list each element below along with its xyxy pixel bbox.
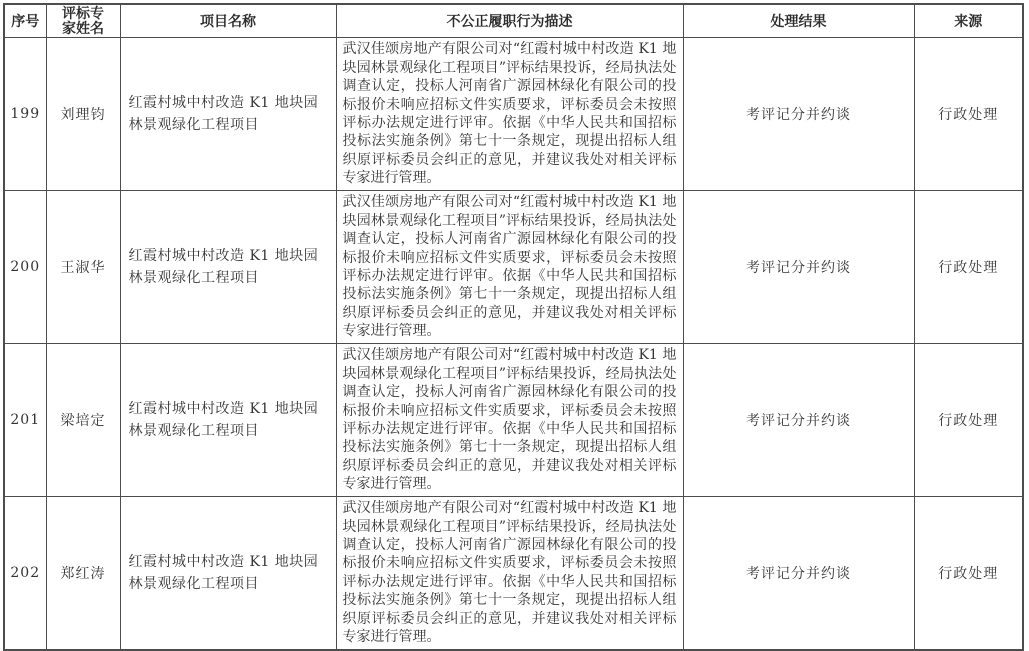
col-header-source: 来源 — [914, 4, 1023, 38]
cell-project-name: 红霞村城中村改造 K1 地块园林景观绿化工程项目 — [120, 191, 336, 344]
cell-result: 考评记分并约谈 — [683, 497, 914, 650]
cell-source: 行政处理 — [914, 497, 1023, 650]
col-header-expert-name: 评标专 家姓名 — [46, 4, 120, 38]
cell-source: 行政处理 — [914, 344, 1023, 497]
cell-seq: 202 — [4, 497, 46, 650]
cell-description: 武汉佳颂房地产有限公司对“红霞村城中村改造 K1 地块园林景观绿化工程项目”评标… — [336, 497, 683, 650]
cell-seq: 199 — [4, 38, 46, 191]
cell-project-name: 红霞村城中村改造 K1 地块园林景观绿化工程项目 — [120, 497, 336, 650]
table-body: 199 刘理钧 红霞村城中村改造 K1 地块园林景观绿化工程项目 武汉佳颂房地产… — [4, 38, 1023, 650]
cell-description: 武汉佳颂房地产有限公司对“红霞村城中村改造 K1 地块园林景观绿化工程项目”评标… — [336, 344, 683, 497]
cell-source: 行政处理 — [914, 38, 1023, 191]
cell-description: 武汉佳颂房地产有限公司对“红霞村城中村改造 K1 地块园林景观绿化工程项目”评标… — [336, 191, 683, 344]
cell-expert-name: 王淑华 — [46, 191, 120, 344]
col-header-description: 不公正履职行为描述 — [336, 4, 683, 38]
cell-seq: 201 — [4, 344, 46, 497]
table-row: 199 刘理钧 红霞村城中村改造 K1 地块园林景观绿化工程项目 武汉佳颂房地产… — [4, 38, 1023, 191]
header-row: 序号 评标专 家姓名 项目名称 不公正履职行为描述 处理结果 来源 — [4, 4, 1023, 38]
table-row: 201 梁培定 红霞村城中村改造 K1 地块园林景观绿化工程项目 武汉佳颂房地产… — [4, 344, 1023, 497]
col-header-project: 项目名称 — [120, 4, 336, 38]
cell-source: 行政处理 — [914, 191, 1023, 344]
table-row: 202 郑红涛 红霞村城中村改造 K1 地块园林景观绿化工程项目 武汉佳颂房地产… — [4, 497, 1023, 650]
cell-expert-name: 郑红涛 — [46, 497, 120, 650]
cell-expert-name: 梁培定 — [46, 344, 120, 497]
cell-project-name: 红霞村城中村改造 K1 地块园林景观绿化工程项目 — [120, 38, 336, 191]
cell-result: 考评记分并约谈 — [683, 191, 914, 344]
cell-expert-name: 刘理钧 — [46, 38, 120, 191]
cell-seq: 200 — [4, 191, 46, 344]
cell-result: 考评记分并约谈 — [683, 38, 914, 191]
cell-description: 武汉佳颂房地产有限公司对“红霞村城中村改造 K1 地块园林景观绿化工程项目”评标… — [336, 38, 683, 191]
table-row: 200 王淑华 红霞村城中村改造 K1 地块园林景观绿化工程项目 武汉佳颂房地产… — [4, 191, 1023, 344]
expert-violation-table: 序号 评标专 家姓名 项目名称 不公正履职行为描述 处理结果 来源 199 刘理… — [3, 3, 1024, 651]
cell-result: 考评记分并约谈 — [683, 344, 914, 497]
cell-project-name: 红霞村城中村改造 K1 地块园林景观绿化工程项目 — [120, 344, 336, 497]
page: 序号 评标专 家姓名 项目名称 不公正履职行为描述 处理结果 来源 199 刘理… — [0, 0, 1029, 651]
table-header: 序号 评标专 家姓名 项目名称 不公正履职行为描述 处理结果 来源 — [4, 4, 1023, 38]
col-header-result: 处理结果 — [683, 4, 914, 38]
col-header-seq: 序号 — [4, 4, 46, 38]
